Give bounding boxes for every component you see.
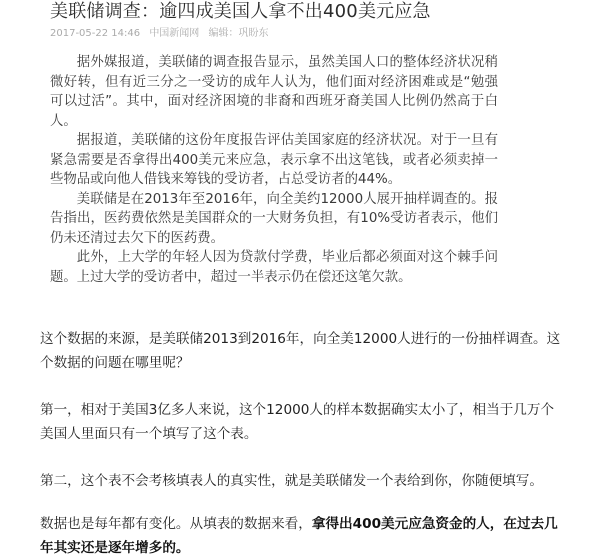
commentary-text: 第一，相对于美国3亿多人来说，这个12000人的样本数据确实太小了，相当于几万个… — [40, 398, 565, 446]
commentary-normal-text: 数据也是每年都有变化。从填表的数据来看， — [40, 516, 312, 532]
embedded-news-screenshot: 美联储调查：逾四成美国人拿不出400美元应急 2017-05-22 14:46 … — [50, 0, 498, 287]
commentary-paragraph-2: 第一，相对于美国3亿多人来说，这个12000人的样本数据确实太小了，相当于几万个… — [40, 398, 565, 446]
commentary-paragraph-3: 第二，这个表不会考核填表人的真实性，就是美联储发一个表给到你，你随便填写。 — [40, 469, 565, 493]
news-meta: 2017-05-22 14:46 中国新闻网 编辑：巩盼东 — [50, 27, 498, 41]
commentary-paragraph-1: 这个数据的来源，是美联储2013到2016年，向全美12000人进行的一份抽样调… — [40, 327, 565, 375]
news-paragraph: 据外媒报道，美联储的调查报告显示，虽然美国人口的整体经济状况稍微好转，但有近三分… — [50, 53, 498, 131]
news-editor: 编辑：巩盼东 — [209, 28, 269, 39]
news-title: 美联储调查：逾四成美国人拿不出400美元应急 — [50, 0, 498, 24]
news-paragraph: 此外，上大学的年轻人因为贷款付学费，毕业后都必须面对这个棘手问题。上过大学的受访… — [50, 248, 498, 287]
commentary-paragraph-4: 数据也是每年都有变化。从填表的数据来看，拿得出400美元应急资金的人，在过去几年… — [40, 512, 565, 559]
news-paragraph: 美联储是在2013年至2016年，向全美约12000人展开抽样调查的。报告指出，… — [50, 190, 498, 249]
news-source: 中国新闻网 — [149, 28, 199, 39]
news-paragraph: 据报道，美联储的这份年度报告评估美国家庭的经济状况。对于一旦有紧急需要是否拿得出… — [50, 131, 498, 190]
commentary-text: 第二，这个表不会考核填表人的真实性，就是美联储发一个表给到你，你随便填写。 — [40, 469, 565, 493]
commentary-text: 数据也是每年都有变化。从填表的数据来看，拿得出400美元应急资金的人，在过去几年… — [40, 512, 565, 559]
commentary-text: 这个数据的来源，是美联储2013到2016年，向全美12000人进行的一份抽样调… — [40, 327, 565, 375]
news-datetime: 2017-05-22 14:46 — [50, 28, 140, 39]
news-body: 据外媒报道，美联储的调查报告显示，虽然美国人口的整体经济状况稍微好转，但有近三分… — [50, 53, 498, 287]
